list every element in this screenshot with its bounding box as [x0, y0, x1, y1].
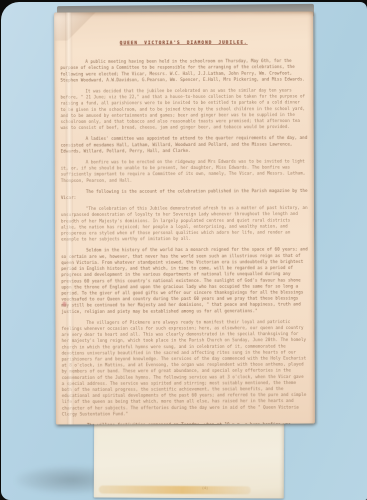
- paragraph: A bonfire was to be erected on the ridge…: [61, 158, 308, 183]
- paragraph: A public meeting having been held in the…: [60, 58, 307, 83]
- typed-text: QUEEN VICTORIA'S DIAMOND JUBILEE. A publ…: [60, 39, 309, 424]
- paragraph: The following is the account of the cele…: [61, 187, 308, 200]
- document-title: QUEEN VICTORIA'S DIAMOND JUBILEE.: [60, 39, 307, 46]
- caption-slip: In Pickmere commemorating the day (4): [94, 412, 284, 499]
- paragraph: "The celebration of this Jubilee demonst…: [61, 205, 308, 243]
- paragraph: Seldom in the history of the world has a…: [61, 246, 308, 314]
- jubilee-document-page: QUEEN VICTORIA'S DIAMOND JUBILEE. A publ…: [54, 11, 315, 424]
- paragraph: The villagers of Pickmere are always rea…: [61, 318, 308, 417]
- paragraph: It was decided that the jubilee be celeb…: [60, 87, 307, 131]
- slip-page-mark: (4): [202, 486, 208, 490]
- paragraph: A ladies' committee was appointed to att…: [61, 135, 308, 154]
- paper-speck: [62, 302, 66, 307]
